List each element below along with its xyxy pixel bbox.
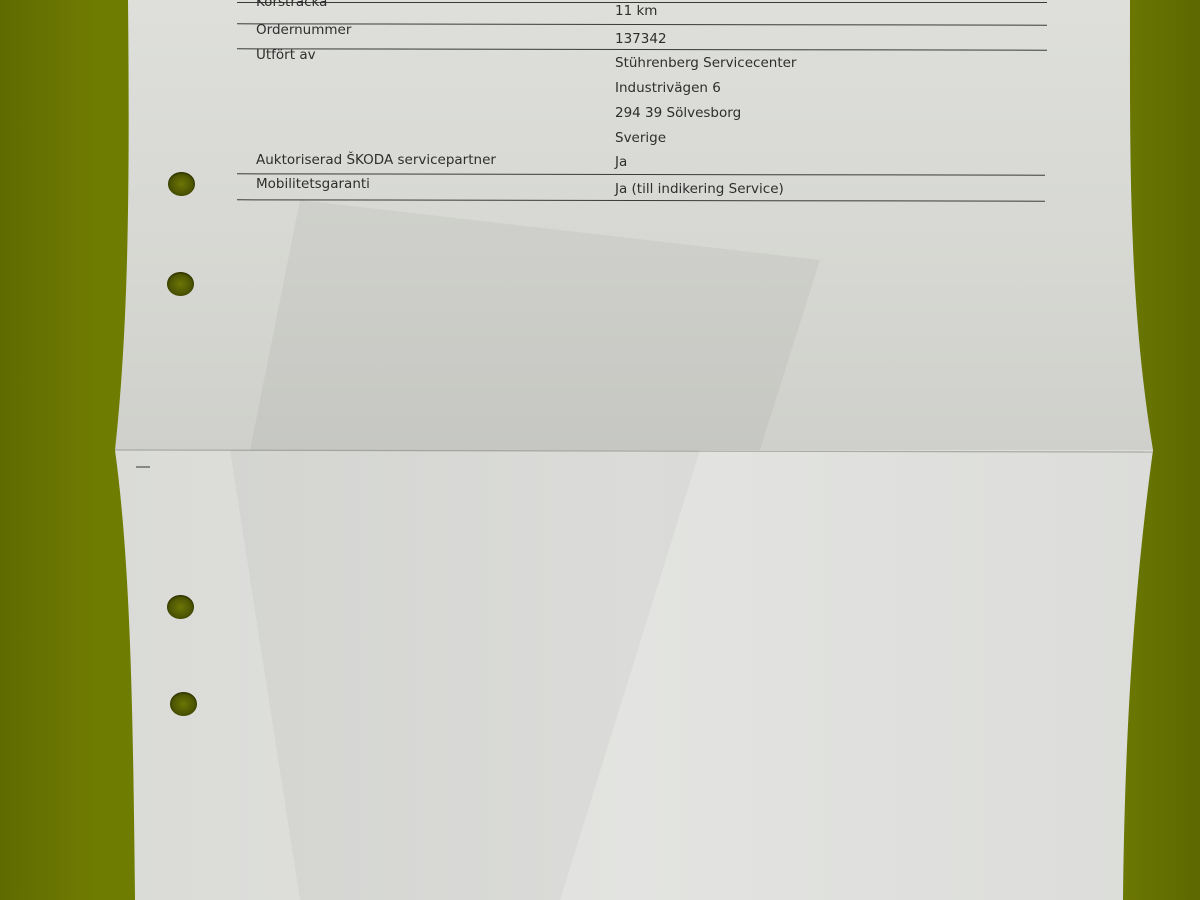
punch-hole: [167, 272, 194, 296]
workshop-name: Stührenberg Servicecenter: [615, 55, 796, 71]
workshop-city: 294 39 Sölvesborg: [615, 105, 741, 121]
mileage-label: Körsträcka: [256, 0, 327, 10]
mileage-value: 11 km: [615, 3, 657, 19]
fold-mark: [136, 466, 150, 468]
punch-hole: [167, 595, 194, 619]
performed-by-label: Utfört av: [256, 47, 316, 63]
mobility-guarantee-value: Ja (till indikering Service): [615, 181, 784, 197]
authorized-partner-value: Ja: [615, 154, 627, 170]
paper-shape: [0, 0, 1200, 900]
mobility-guarantee-label: Mobilitetsgaranti: [256, 176, 370, 192]
order-number-value: 137342: [615, 31, 667, 47]
punch-hole: [168, 172, 195, 196]
workshop-street: Industrivägen 6: [615, 80, 721, 96]
punch-hole: [170, 692, 197, 716]
paper-sheet: Körsträcka 11 km Ordernummer 137342 Utfö…: [0, 0, 1200, 900]
order-number-label: Ordernummer: [256, 22, 351, 38]
authorized-partner-label: Auktoriserad ŠKODA servicepartner: [256, 152, 496, 168]
workshop-country: Sverige: [615, 130, 666, 146]
